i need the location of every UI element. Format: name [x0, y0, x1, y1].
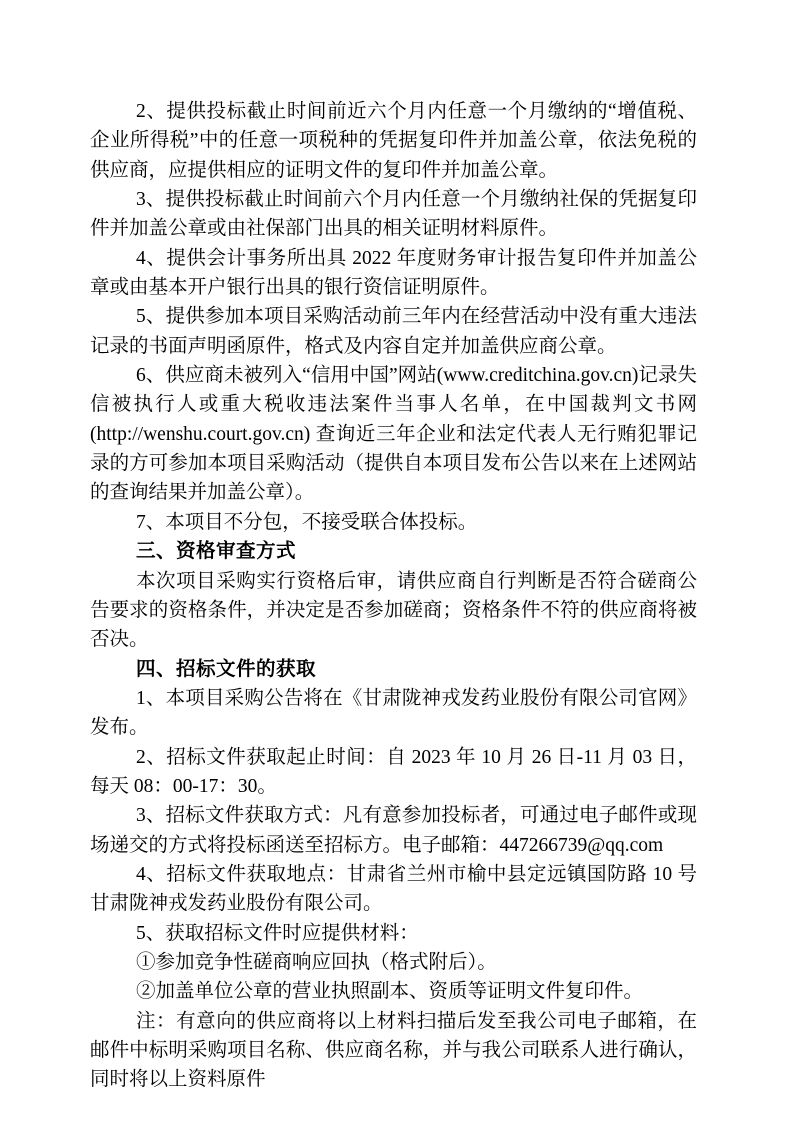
document-content: 2、提供投标截止时间前近六个月内任意一个月缴纳的“增值税、企业所得税”中的任意一… [90, 97, 697, 1095]
paragraph: 7、本项目不分包，不接受联合体投标。 [90, 508, 697, 537]
section-heading: 四、招标文件的获取 [90, 655, 697, 684]
paragraph: 本次项目采购实行资格后审，请供应商自行判断是否符合磋商公告要求的资格条件，并决定… [90, 567, 697, 655]
paragraph: 1、本项目采购公告将在《甘肃陇神戎发药业股份有限公司官网》发布。 [90, 684, 697, 743]
paragraph: 4、提供会计事务所出具 2022 年度财务审计报告复印件并加盖公章或由基本开户银… [90, 244, 697, 303]
paragraph: 5、获取招标文件时应提供材料： [90, 919, 697, 948]
section-heading: 三、资格审查方式 [90, 537, 697, 566]
paragraph: 3、招标文件获取方式：凡有意参加投标者，可通过电子邮件或现场递交的方式将投标函送… [90, 801, 697, 860]
paragraph: 2、提供投标截止时间前近六个月内任意一个月缴纳的“增值税、企业所得税”中的任意一… [90, 97, 697, 185]
document-page: 2、提供投标截止时间前近六个月内任意一个月缴纳的“增值税、企业所得税”中的任意一… [0, 0, 793, 1122]
paragraph: ②加盖单位公章的营业执照副本、资质等证明文件复印件。 [90, 977, 697, 1006]
paragraph: 2、招标文件获取起止时间：自 2023 年 10 月 26 日-11 月 03 … [90, 743, 697, 802]
paragraph: 5、提供参加本项目采购活动前三年内在经营活动中没有重大违法记录的书面声明函原件，… [90, 302, 697, 361]
paragraph: 注：有意向的供应商将以上材料扫描后发至我公司电子邮箱，在邮件中标明采购项目名称、… [90, 1007, 697, 1095]
paragraph: 3、提供投标截止时间前六个月内任意一个月缴纳社保的凭据复印件并加盖公章或由社保部… [90, 185, 697, 244]
paragraph: 6、供应商未被列入“信用中国”网站(www.creditchina.gov.cn… [90, 361, 697, 508]
paragraph: 4、招标文件获取地点：甘肃省兰州市榆中县定远镇国防路 10 号甘肃陇神戎发药业股… [90, 860, 697, 919]
paragraph: ①参加竞争性磋商响应回执（格式附后）。 [90, 948, 697, 977]
